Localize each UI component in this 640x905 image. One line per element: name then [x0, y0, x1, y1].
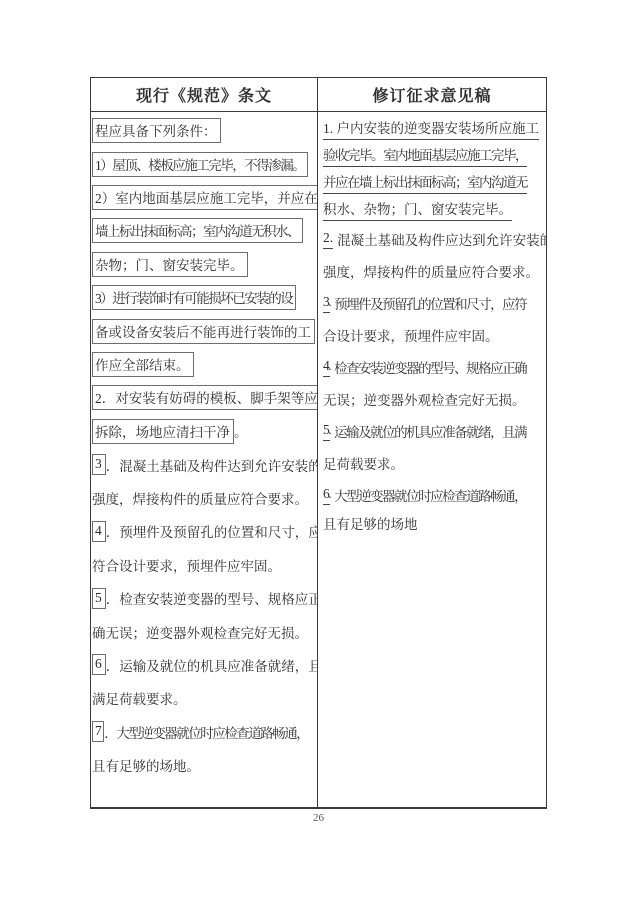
plain-text: 满足荷载要求。 [92, 688, 187, 708]
text-line: 合设计要求，预埋件应牢固。 [323, 319, 546, 351]
text-line: 程应具备下列条件： [92, 114, 317, 147]
plain-text: ．检查安装逆变器的型号、规格应正 [106, 588, 318, 608]
inserted-underlined-number: 5. [323, 422, 330, 441]
plain-text: 强度，焊接构件的质量应符合要求。 [323, 261, 539, 281]
plain-text: ．混凝土基础及构件达到允许安装的 [106, 455, 318, 475]
text-line: 6. 大型逆变器就位时应检查道路畅通， [323, 479, 546, 511]
plain-text: 。 [234, 421, 248, 441]
plain-text: 运输及就位的机具应准备就绪，且满 [334, 421, 526, 441]
table-body-row: 程应具备下列条件： 1）屋顶、楼板应施工完毕，不得渗漏。 2）室内地面基层应施工… [91, 112, 546, 807]
current-spec-column: 程应具备下列条件： 1）屋顶、楼板应施工完毕，不得渗漏。 2）室内地面基层应施工… [91, 112, 318, 807]
page-number: 26 [90, 812, 547, 824]
inserted-underlined-number: 4. [323, 358, 330, 377]
text-line: 3. 预埋件及预留孔的位置和尺寸，应符 [323, 287, 546, 319]
text-line: 杂物；门、窗安装完毕。 [92, 248, 317, 281]
text-line: 且有足够的场地。 [92, 748, 317, 781]
deleted-boxed-text: 3）进行装饰时有可能损坏已安装的设 [92, 285, 296, 310]
text-line: 满足荷载要求。 [92, 682, 317, 715]
text-line: 符合设计要求，预埋件应牢固。 [92, 548, 317, 581]
text-line: 1. 户内安装的逆变器安装场所应施工 [323, 115, 546, 142]
deleted-boxed-text: 墙上标出抹面标高；室内沟道无积水、 [92, 218, 303, 243]
changed-number-box: 5 [92, 588, 106, 609]
text-line: 2．对安装有妨碍的模板、脚手架等应 [92, 381, 317, 414]
text-line: 验收完毕。室内地面基层应施工完毕， [323, 142, 546, 169]
text-line: 拆除，场地应清扫干净。 [92, 415, 317, 448]
deleted-boxed-text: 2）室内地面基层应施工完毕，并应在 [92, 185, 318, 210]
table-header-row: 现行《规范》条文 修订征求意见稿 [91, 78, 546, 112]
changed-number-box: 3 [92, 454, 106, 475]
inserted-underlined-text: 1. 户内安装的逆变器安装场所应施工 [323, 117, 539, 140]
text-line: 1）屋顶、楼板应施工完毕，不得渗漏。 [92, 147, 317, 180]
text-line: 备或设备安装后不能再进行装饰的工 [92, 314, 317, 347]
deleted-boxed-text: 杂物；门、窗安装完毕。 [92, 252, 248, 277]
inserted-underlined-text: 并应在墙上标出抹面标高；室内沟道无 [323, 171, 527, 194]
deleted-boxed-text: 作应全部结束。 [92, 352, 194, 377]
text-line: 作应全部结束。 [92, 348, 317, 381]
plain-text: 且有足够的场地 [323, 513, 418, 533]
inserted-underlined-number: 6. [323, 486, 330, 505]
changed-number-box: 4 [92, 521, 106, 542]
changed-number-box: 7 [92, 721, 104, 742]
text-line: 2）室内地面基层应施工完毕，并应在 [92, 181, 317, 214]
changed-number-box: 6 [92, 654, 106, 675]
inserted-underlined-number: 3. [323, 294, 330, 313]
text-line: 且有足够的场地 [323, 511, 546, 535]
inserted-underlined-number: 2. [323, 230, 333, 249]
plain-text: 预埋件及预留孔的位置和尺寸，应符 [334, 293, 526, 313]
text-line: 4. 检查安装逆变器的型号、规格应正确 [323, 351, 546, 383]
text-line: 6．运输及就位的机具应准备就绪，且 [92, 648, 317, 681]
text-line: 确无误；逆变器外观检查完好无损。 [92, 615, 317, 648]
deleted-boxed-text: 程应具备下列条件： [92, 118, 221, 143]
plain-text: 确无误；逆变器外观检查完好无损。 [92, 622, 308, 642]
text-line: 积水、杂物；门、窗安装完毕。 [323, 196, 546, 223]
inserted-underlined-text: 积水、杂物；门、窗安装完毕。 [323, 198, 512, 221]
text-line: 4．预埋件及预留孔的位置和尺寸，应 [92, 515, 317, 548]
deleted-boxed-text: 拆除，场地应清扫干净 [92, 419, 234, 444]
comparison-table: 现行《规范》条文 修订征求意见稿 程应具备下列条件： 1）屋顶、楼板应施工完毕，… [90, 77, 547, 809]
text-line: 3．混凝土基础及构件达到允许安装的 [92, 448, 317, 481]
plain-text: 大型逆变器就位时应检查道路畅通， [334, 485, 526, 505]
plain-text: ．运输及就位的机具应准备就绪，且 [106, 655, 318, 675]
plain-text: 符合设计要求，预埋件应牢固。 [92, 555, 281, 575]
text-line: 强度，焊接构件的质量应符合要求。 [92, 481, 317, 514]
plain-text: 混凝土基础及构件应达到允许安装的 [337, 229, 546, 249]
text-line: 足荷载要求。 [323, 447, 546, 479]
text-line: 3）进行装饰时有可能损坏已安装的设 [92, 281, 317, 314]
plain-text: 合设计要求，预埋件应牢固。 [323, 325, 499, 345]
deleted-boxed-text: 备或设备安装后不能再进行装饰的工 [92, 319, 315, 344]
text-line: 墙上标出抹面标高；室内沟道无积水、 [92, 214, 317, 247]
text-line: 7．大型逆变器就位时应检查道路畅通， [92, 715, 317, 748]
deleted-boxed-text: 2．对安装有妨碍的模板、脚手架等应 [92, 385, 318, 410]
text-line: 强度，焊接构件的质量应符合要求。 [323, 255, 546, 287]
header-current-spec: 现行《规范》条文 [91, 78, 318, 111]
header-revision-draft: 修订征求意见稿 [318, 78, 546, 111]
plain-text: ．预埋件及预留孔的位置和尺寸，应 [106, 521, 318, 541]
plain-text: ．大型逆变器就位时应检查道路畅通， [104, 722, 308, 742]
plain-text: 无误；逆变器外观检查完好无损。 [323, 389, 526, 409]
text-line: 并应在墙上标出抹面标高；室内沟道无 [323, 169, 546, 196]
inserted-underlined-text: 验收完毕。室内地面基层应施工完毕， [323, 144, 527, 167]
plain-text: 足荷载要求。 [323, 453, 404, 473]
plain-text: 强度，焊接构件的质量应符合要求。 [92, 488, 308, 508]
plain-text: 且有足够的场地。 [92, 755, 200, 775]
text-line: 5. 运输及就位的机具应准备就绪，且满 [323, 415, 546, 447]
text-line: 5．检查安装逆变器的型号、规格应正 [92, 581, 317, 614]
plain-text: 检查安装逆变器的型号、规格应正确 [334, 357, 526, 377]
deleted-boxed-text: 1）屋顶、楼板应施工完毕，不得渗漏。 [92, 152, 308, 177]
text-line: 无误；逆变器外观检查完好无损。 [323, 383, 546, 415]
text-line: 2. 混凝土基础及构件应达到允许安装的 [323, 223, 546, 255]
revision-draft-column: 1. 户内安装的逆变器安装场所应施工 验收完毕。室内地面基层应施工完毕， 并应在… [318, 112, 546, 807]
